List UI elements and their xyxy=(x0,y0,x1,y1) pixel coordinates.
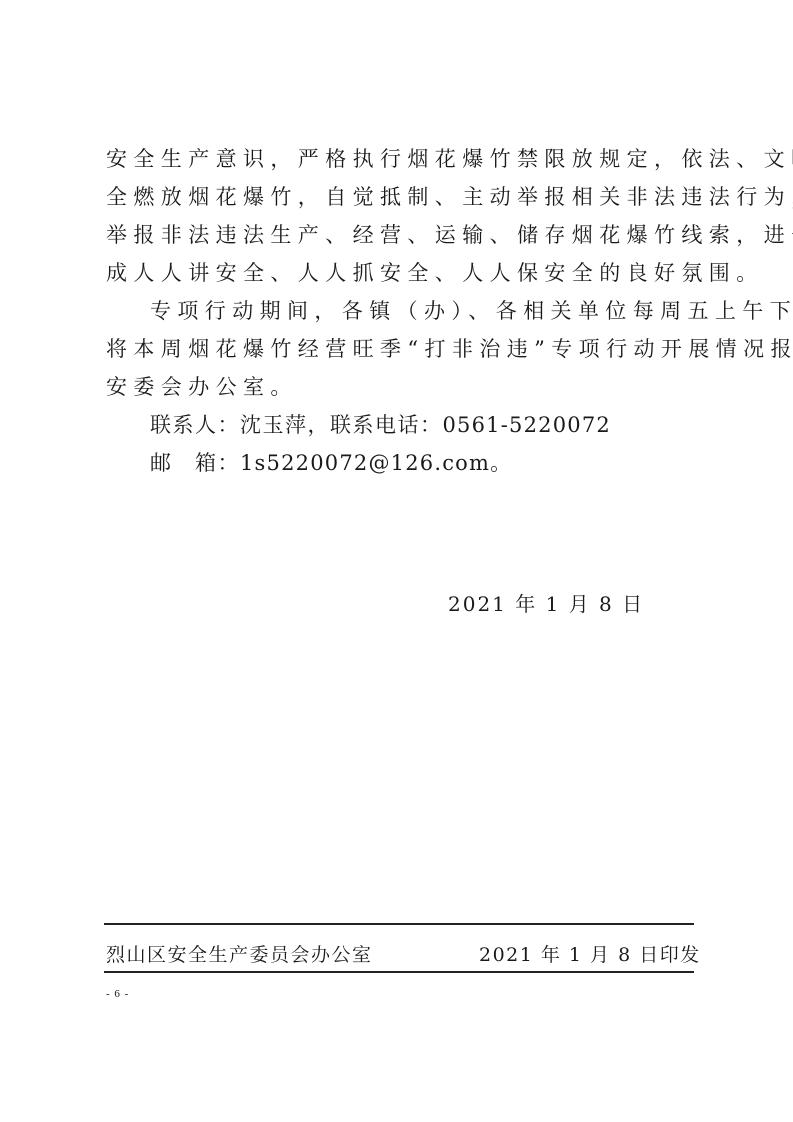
page-number: - 6 - xyxy=(106,988,129,1000)
contact-email: 1s5220072@126.com。 xyxy=(240,451,512,475)
contact-person-label: 联系人： xyxy=(150,413,240,437)
footer-issuer: 烈山区安全生产委员会办公室 xyxy=(106,940,373,970)
contact-phone-label: 联系电话： xyxy=(330,413,443,437)
footer-issue-row: 烈山区安全生产委员会办公室 2021 年 1 月 8 日印发 xyxy=(106,940,691,970)
contact-email-line: 邮 箱：1s5220072@126.com。 xyxy=(106,444,696,482)
paragraph-line: 专项行动期间，各镇（办）、各相关单位每周五上午下班前 xyxy=(106,292,696,330)
body-line: 安全生产意识，严格执行烟花爆竹禁限放规定，依法、文明、安 xyxy=(106,140,696,178)
contact-person-line: 联系人：沈玉萍，联系电话：0561-5220072 xyxy=(106,406,696,444)
body-line: 举报非法违法生产、经营、运输、储存烟花爆竹线索，进一步形 xyxy=(106,216,696,254)
paragraph-line: 将本周烟花爆竹经营旺季“打非治违”专项行动开展情况报送区 xyxy=(106,330,696,368)
contact-email-label: 邮 箱： xyxy=(150,451,240,475)
paragraph-line: 安委会办公室。 xyxy=(106,368,696,406)
body-line: 成人人讲安全、人人抓安全、人人保安全的良好氛围。 xyxy=(106,254,696,292)
footer-bottom-rule xyxy=(104,971,694,973)
contact-person-name: 沈玉萍， xyxy=(240,413,330,437)
signoff-date: 2021 年 1 月 8 日 xyxy=(448,588,644,617)
footer-issue-date: 2021 年 1 月 8 日印发 xyxy=(479,940,701,970)
contact-phone: 0561-5220072 xyxy=(443,413,611,437)
body-line: 全燃放烟花爆竹，自觉抵制、主动举报相关非法违法行为，积极 xyxy=(106,178,696,216)
document-page: 安全生产意识，严格执行烟花爆竹禁限放规定，依法、文明、安 全燃放烟花爆竹，自觉抵… xyxy=(0,0,793,1122)
document-body: 安全生产意识，严格执行烟花爆竹禁限放规定，依法、文明、安 全燃放烟花爆竹，自觉抵… xyxy=(106,140,696,482)
footer-top-rule xyxy=(104,923,694,925)
